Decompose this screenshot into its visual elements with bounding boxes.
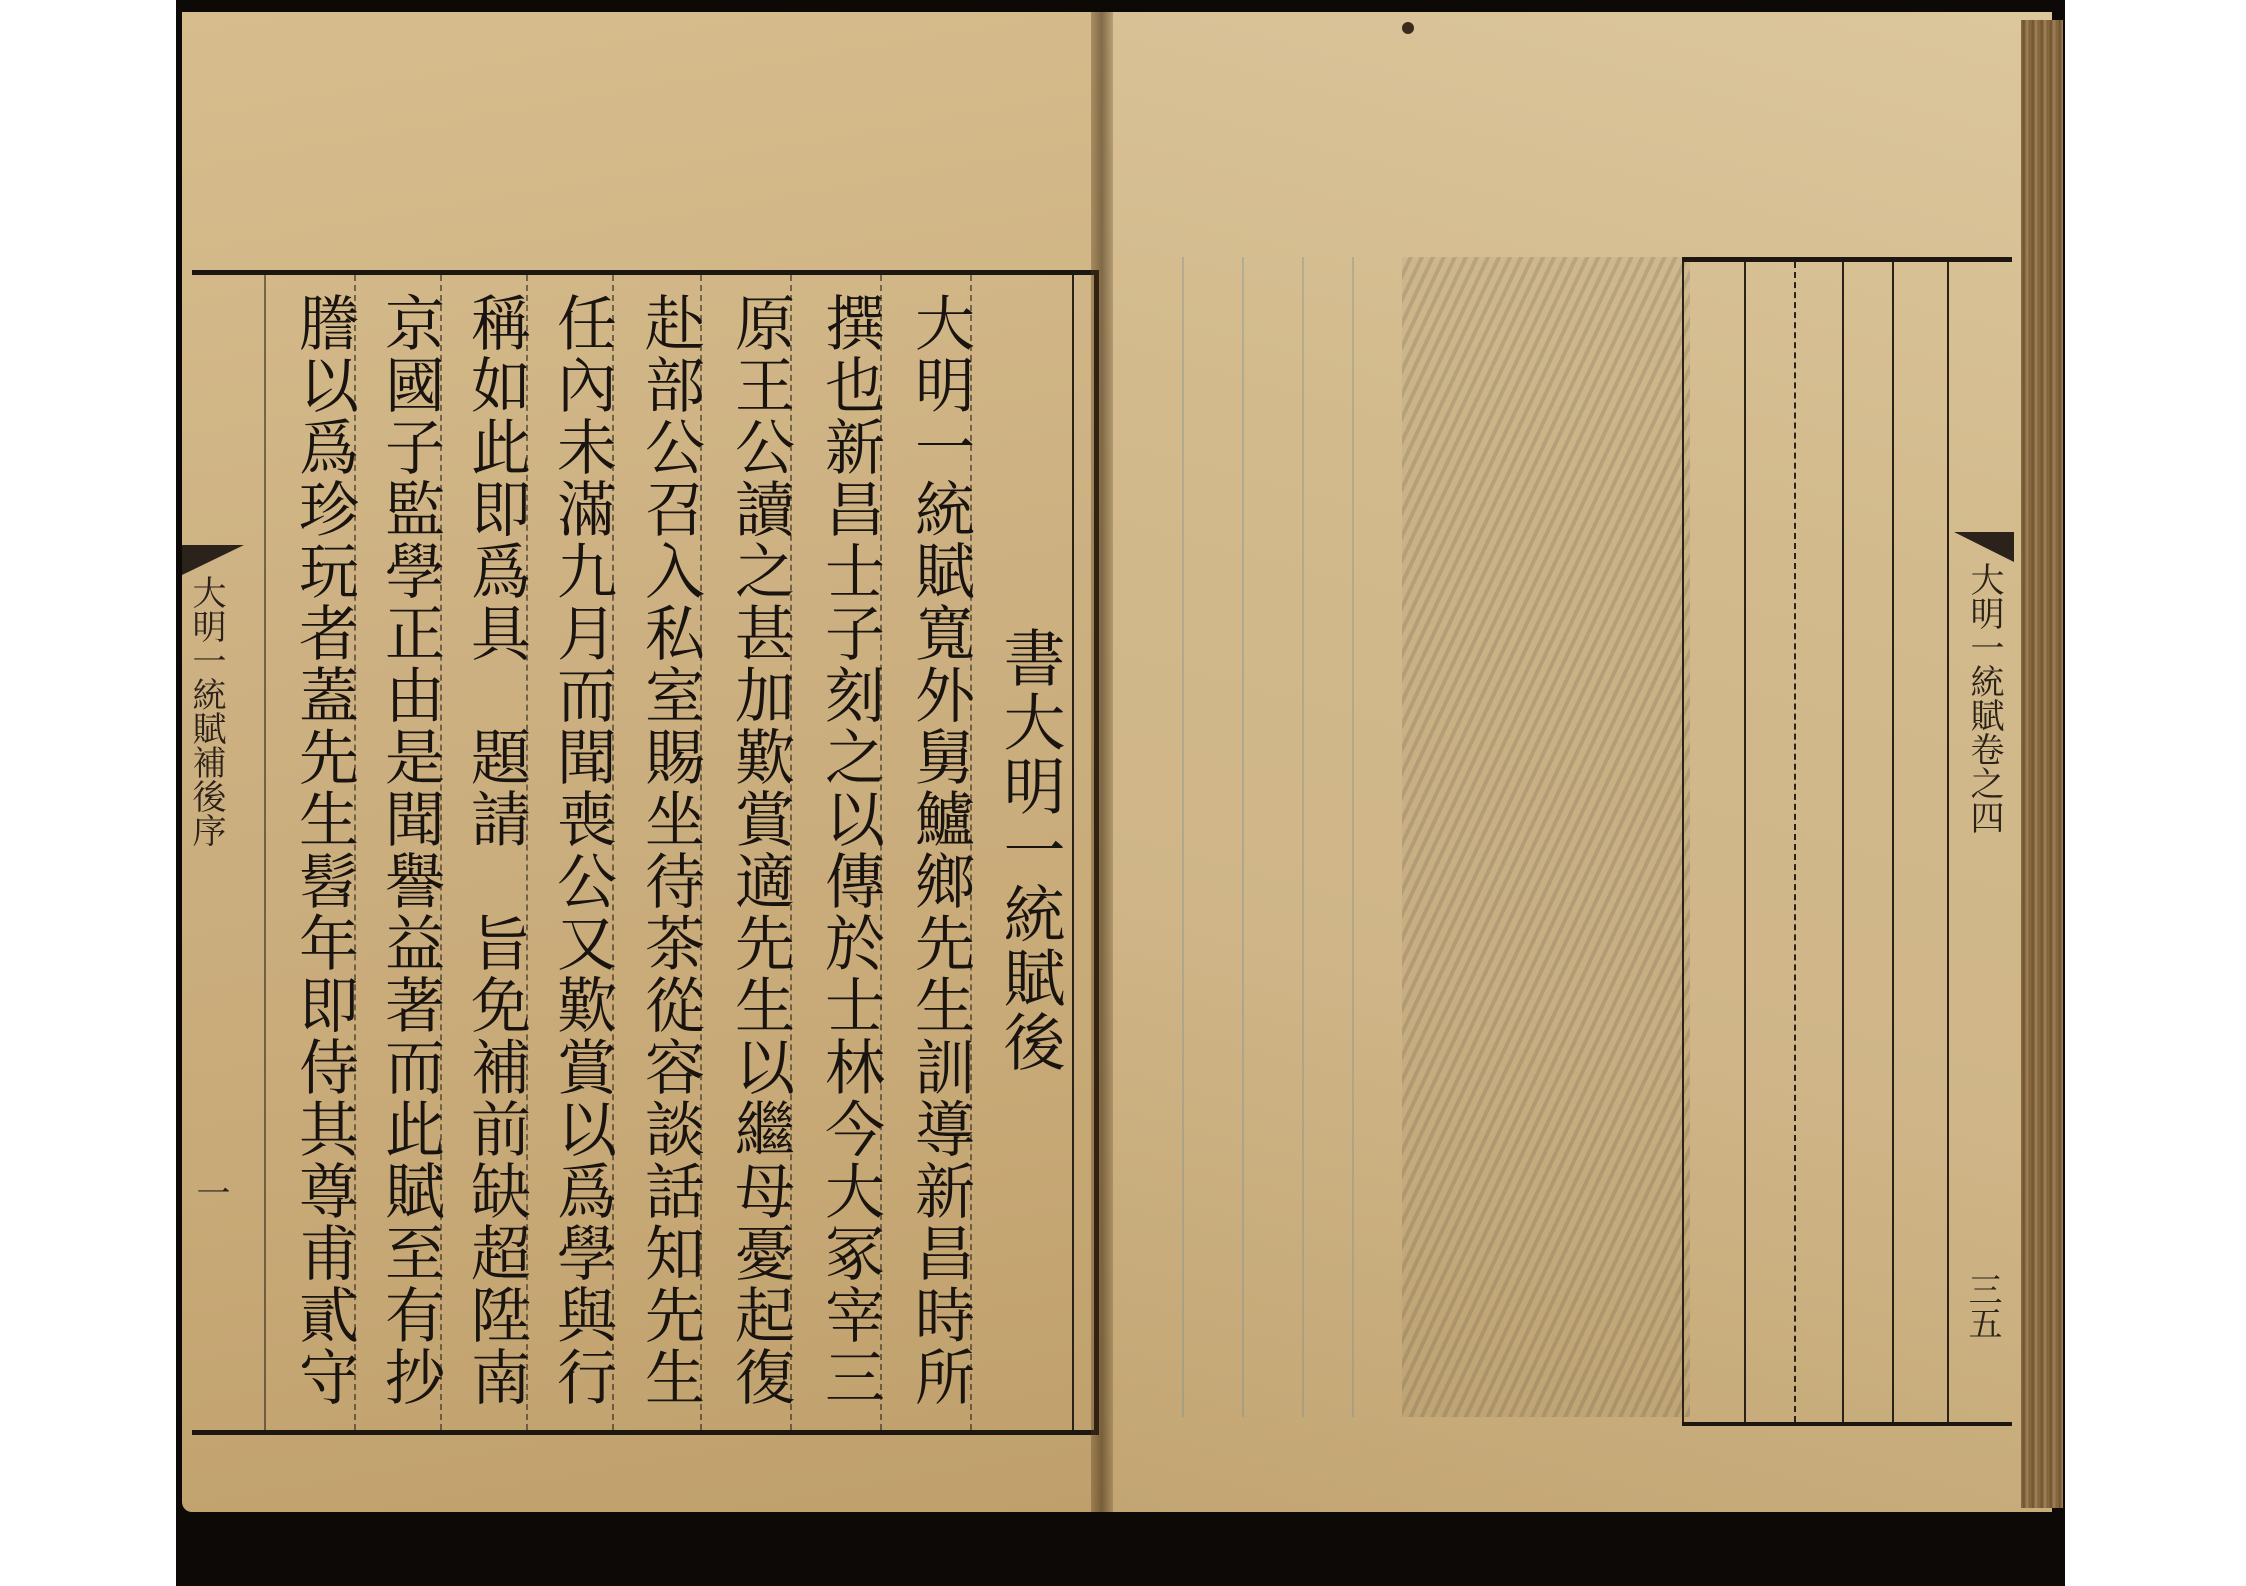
text-column: 任內未滿九月而聞喪公又歎賞以爲學與行 — [526, 285, 612, 1415]
left-page: 大明一統賦補後序 一 書大明一統賦後 大明一統賦寬外舅鱸鄉先生訓導新昌時所 撰也… — [182, 12, 1102, 1512]
book-photograph: 大明一統賦補後序 一 書大明一統賦後 大明一統賦寬外舅鱸鄉先生訓導新昌時所 撰也… — [176, 0, 2065, 1586]
fold-margin-page-number: 一 — [192, 1175, 228, 1209]
fold-margin-title: 大明一統賦補後序 — [188, 575, 224, 847]
text-block-frame: 大明一統賦補後序 一 書大明一統賦後 大明一統賦寬外舅鱸鄉先生訓導新昌時所 撰也… — [192, 270, 1099, 1435]
text-column: 大明一統賦寬外舅鱸鄉先生訓導新昌時所 — [884, 285, 970, 1415]
fish-tail-mark-icon — [1954, 532, 2014, 562]
left-fold-margin: 大明一統賦補後序 一 — [182, 275, 262, 1430]
column-rule — [1682, 262, 1684, 1422]
faint-column-rule — [1302, 257, 1304, 1417]
column-rule — [1794, 262, 1796, 1422]
text-column: 原王公讀之甚加歎賞適先生以繼母憂起復 — [704, 285, 790, 1415]
book-gutter — [1091, 12, 1113, 1512]
page-stack-edge — [2021, 20, 2063, 1508]
text-column-title: 書大明一統賦後 — [974, 285, 1060, 1415]
fold-margin-page-number: 三五 — [1964, 1272, 2000, 1340]
ink-spot — [1402, 22, 1414, 34]
fish-tail-mark-icon — [182, 545, 244, 575]
faint-column-rule — [1242, 257, 1244, 1417]
fold-margin-title: 大明一統賦卷之四 — [1966, 562, 2002, 834]
ink-offset-shadow — [1402, 257, 1690, 1417]
blank-ruled-frame: 大明一統賦卷之四 三五 — [1682, 257, 2012, 1426]
text-column: 撰也新昌士子刻之以傳於士林今大冢宰三 — [794, 285, 880, 1415]
column-rule — [1842, 262, 1844, 1422]
faint-column-rule — [1182, 257, 1184, 1417]
text-column: 謄以爲珍玩者蓋先生髫年即侍其尊甫貳守 — [268, 285, 354, 1415]
column-rule — [1947, 262, 1949, 1422]
frame-inner-rule — [1072, 275, 1074, 1430]
text-column: 京國子監學正由是聞譽益著而此賦至有抄 — [354, 285, 440, 1415]
right-page: 大明一統賦卷之四 三五 — [1102, 12, 2052, 1512]
text-column: 稱如此即爲具 題請 旨免補前缺超陞南 — [440, 285, 526, 1415]
faint-column-rule — [1352, 257, 1354, 1417]
column-rule — [1744, 262, 1746, 1422]
column-rule — [1892, 262, 1894, 1422]
column-rule — [264, 275, 266, 1430]
text-column: 赴部公召入私室賜坐待茶從容談話知先生 — [614, 285, 700, 1415]
